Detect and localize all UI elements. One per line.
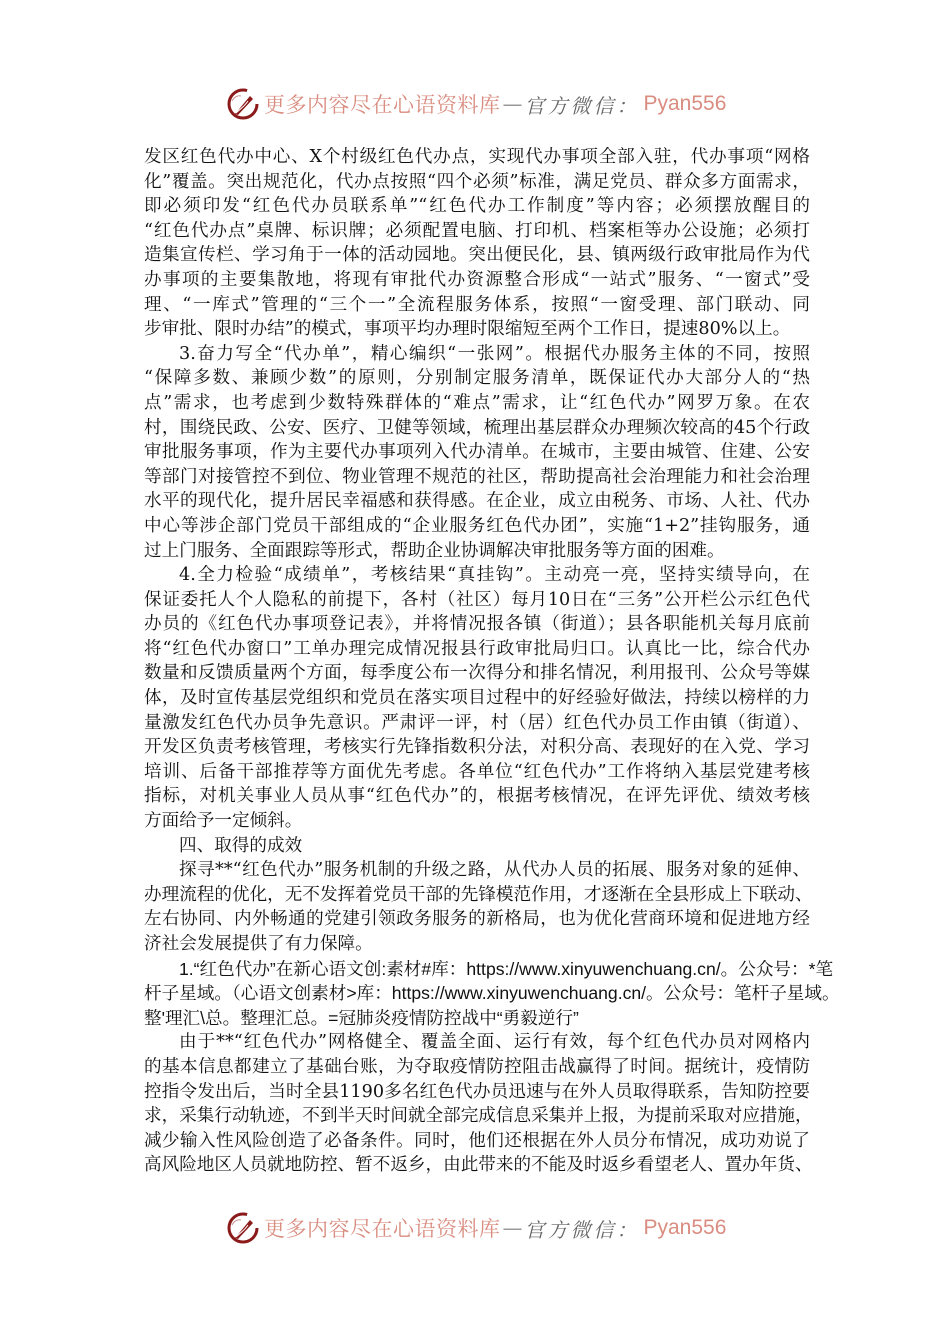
text-line: 造集宣传栏、学习角于一体的活动园地。突出便民化，县、镇两级行政审批局作为代 <box>144 243 810 268</box>
text-line: 左右协同、内外畅通的党建引领政务服务的新格局，也为优化营商环境和促进地方经 <box>144 907 810 932</box>
paragraph: 3.奋力写全“代办单”，精心编织“一张网”。根据代办服务主体的不同，按照“保障多… <box>144 342 810 563</box>
text-line: 4.全力检验“成绩单”，考核结果“真挂钩”。主动亮一亮，坚持实绩导向，在 <box>144 563 810 588</box>
text-line: 步审批、限时办结”的模式，事项平均办理时限缩短至两个工作日，提速80%以上。 <box>144 317 810 342</box>
text-line: 办员的《红色代办事项登记表》，并将情况报各镇（街道）；县各职能机关每月底前 <box>144 612 810 637</box>
document-body: 发区红色代办中心、X个村级红色代办点，实现代办事项全部入驻，代办事项“网格化”覆… <box>144 145 810 1178</box>
text-line: 指标，对机关事业人员从事“红色代办”的，根据考核情况，在评先评优、绩效考核 <box>144 784 810 809</box>
text-line: 高风险地区人员就地防控、暂不返乡，由此带来的不能及时返乡看望老人、置办年货、 <box>144 1153 810 1178</box>
paragraph: 由于**“红色代办”网格健全、覆盖全面、运行有效，每个红色代办员对网格内的基本信… <box>144 1030 810 1178</box>
paragraph: 发区红色代办中心、X个村级红色代办点，实现代办事项全部入驻，代办事项“网格化”覆… <box>144 145 810 342</box>
text-line: 审批服务事项，作为主要代办事项列入代办清单。在城市，主要由城管、住建、公安 <box>144 440 810 465</box>
text-line: “保障多数、兼顾少数”的原则，分别制定服务清单，既保证代办大部分人的“热 <box>144 366 810 391</box>
text-line: 方面给予一定倾斜。 <box>144 809 810 834</box>
text-line: 等部门对接管控不到位、物业管理不规范的社区，帮助提高社会治理能力和社会治理 <box>144 465 810 490</box>
text-line: 过上门服务、全面跟踪等形式，帮助企业协调解决审批服务等方面的困难。 <box>144 539 810 564</box>
text-line: 开发区负责考核管理，考核实行先锋指数积分法，对积分高、表现好的在入党、学习 <box>144 735 810 760</box>
text-line: 保证委托人个人隐私的前提下，各村（社区）每月10日在“三务”公开栏公示红色代 <box>144 588 810 613</box>
text-line: 点”需求，也考虑到少数特殊群体的“难点”需求，让“红色代办”网罗万象。在农 <box>144 391 810 416</box>
text-line: 水平的现代化，提升居民幸福感和获得感。在企业，成立由税务、市场、人社、代办 <box>144 489 810 514</box>
text-line: 由于**“红色代办”网格健全、覆盖全面、运行有效，每个红色代办员对网格内 <box>144 1030 810 1055</box>
text-line: 探寻**“红色代办”服务机制的升级之路，从代办人员的拓展、服务对象的延伸、 <box>144 858 810 883</box>
text-line: 体，及时宣传基层党组织和党员在落实项目过程中的好经验好做法，持续以榜样的力 <box>144 686 810 711</box>
text-line: 办事项的主要集散地，将现有审批代办资源整合形成“一站式”服务、“一窗式”受 <box>144 268 810 293</box>
text-line: “红色代办点”桌牌、标识牌；必须配置电脑、打印机、档案柜等办公设施；必须打 <box>144 219 810 244</box>
paragraph: 4.全力检验“成绩单”，考核结果“真挂钩”。主动亮一亮，坚持实绩导向，在保证委托… <box>144 563 810 834</box>
text-line: 求，采集行动轨迹，不到半天时间就全部完成信息采集并上报，为提前采取对应措施， <box>144 1104 810 1129</box>
paragraph: 1.“红色代办”在新心语文创:素材#库：https://www.xinyuwen… <box>144 957 810 1031</box>
text-line: 杆子星域。（心语文创素材>库：https://www.xinyuwenchuan… <box>144 981 810 1006</box>
text-line: 中心等涉企部门党员干部组成的“企业服务红色代办团”，实施“1+2”挂钩服务，通 <box>144 514 810 539</box>
footer-dash: — <box>503 1216 523 1240</box>
text-line: 济社会发展提供了有力保障。 <box>144 932 810 957</box>
text-line: 将“红色代办窗口”工单办理完成情况报县行政审批局归口。认真比一比，综合代办 <box>144 637 810 662</box>
footer-wechat-label: 官方微信： <box>525 1214 640 1243</box>
header-banner: 更多内容尽在心语资料库 — 官方微信： Pyan556 <box>226 84 726 124</box>
text-line: 四、取得的成效 <box>144 834 810 859</box>
text-line: 办理流程的优化，无不发挥着党员干部的先锋模范作用，才逐渐在全县形成上下联动、 <box>144 883 810 908</box>
footer-banner: 更多内容尽在心语资料库 — 官方微信： Pyan556 <box>226 1208 726 1248</box>
text-line: 化”覆盖。突出规范化，代办点按照“四个必须”标准，满足党员、群众多方面需求， <box>144 170 810 195</box>
text-line: 即必须印发“红色代办员联系单”“红色代办工作制度”等内容；必须摆放醒目的 <box>144 194 810 219</box>
text-line: 控指令发出后，当时全县1190多名红色代办员迅速与在外人员取得联系，告知防控要 <box>144 1080 810 1105</box>
footer-brand-text: 更多内容尽在心语资料库 <box>264 1213 501 1243</box>
footer-wechat-id: Pyan556 <box>644 1216 727 1240</box>
text-line: 村，围绕民政、公安、医疗、卫健等领域，梳理出基层群众办理频次较高的45个行政 <box>144 416 810 441</box>
text-line: 1.“红色代办”在新心语文创:素材#库：https://www.xinyuwen… <box>144 957 810 982</box>
header-wechat-id: Pyan556 <box>644 92 727 116</box>
header-brand-text: 更多内容尽在心语资料库 <box>264 89 501 119</box>
text-line: 的基本信息都建立了基础台账，为夺取疫情防控阻击战赢得了时间。据统计，疫情防 <box>144 1055 810 1080</box>
quill-pen-logo-icon <box>226 87 260 121</box>
paragraph: 探寻**“红色代办”服务机制的升级之路，从代办人员的拓展、服务对象的延伸、办理流… <box>144 858 810 956</box>
text-line: 整'理汇\总。整理汇总。=冠肺炎疫情防控战中“勇毅逆行” <box>144 1006 810 1031</box>
text-line: 理、“一库式”管理的“三个一”全流程服务体系，按照“一窗受理、部门联动、同 <box>144 293 810 318</box>
quill-pen-logo-icon <box>226 1211 260 1245</box>
text-line: 数量和反馈质量两个方面，每季度公布一次得分和排名情况，利用报刊、公众号等媒 <box>144 661 810 686</box>
text-line: 减少输入性风险创造了必备条件。同时，他们还根据在外人员分布情况，成功劝说了 <box>144 1129 810 1154</box>
text-line: 培训、后备干部推荐等方面优先考虑。各单位“红色代办”工作将纳入基层党建考核 <box>144 760 810 785</box>
header-dash: — <box>503 92 523 116</box>
text-line: 发区红色代办中心、X个村级红色代办点，实现代办事项全部入驻，代办事项“网格 <box>144 145 810 170</box>
text-line: 3.奋力写全“代办单”，精心编织“一张网”。根据代办服务主体的不同，按照 <box>144 342 810 367</box>
text-line: 量激发红色代办员争先意识。严肃评一评，村（居）红色代办员工作由镇（街道）、 <box>144 711 810 736</box>
paragraph: 四、取得的成效 <box>144 834 810 859</box>
header-wechat-label: 官方微信： <box>525 90 640 119</box>
